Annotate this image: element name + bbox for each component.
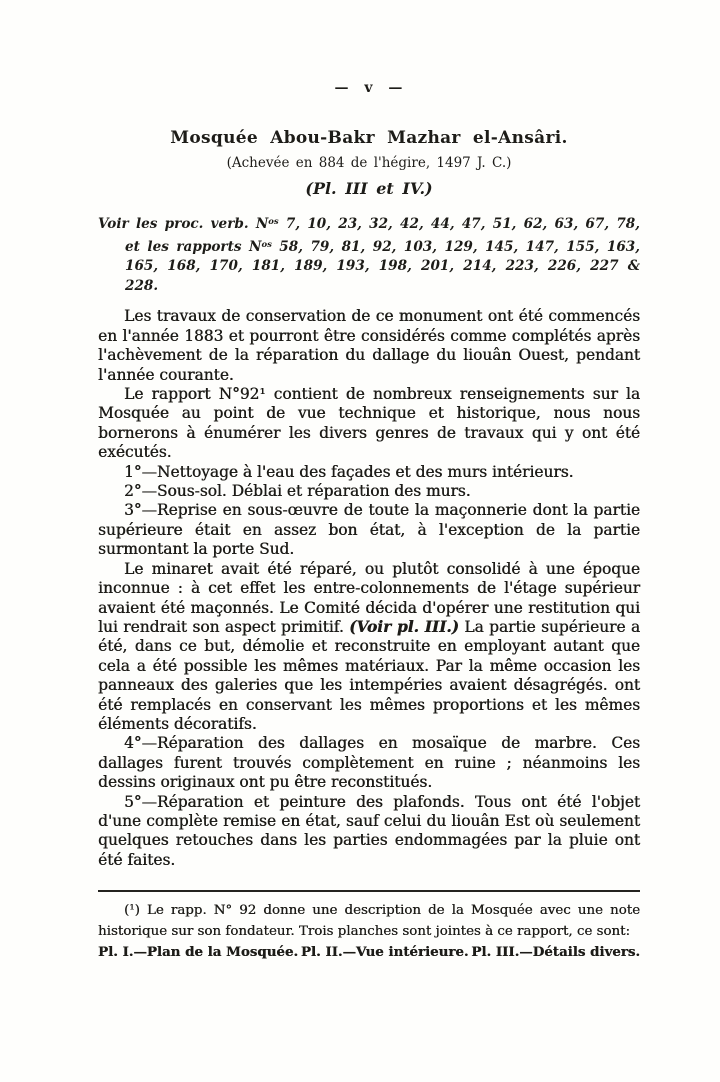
footnote-plate-item: Pl. III.—Détails divers. — [471, 942, 640, 963]
voir-pl-iii-reference: (Voir pl. III.) — [349, 618, 459, 636]
footnote: (¹) Le rapp. N° 92 donne une description… — [98, 901, 640, 963]
body-text: Les travaux de conservation de ce monume… — [98, 307, 640, 870]
footnote-plate-item: Pl. II.—Vue intérieure. — [301, 942, 469, 963]
footnote-plates: Pl. I.—Plan de la Mosquée. Pl. II.—Vue i… — [98, 942, 640, 963]
footnote-text: (¹) Le rapp. N° 92 donne une description… — [98, 901, 640, 942]
footnote-plate-item: Pl. I.—Plan de la Mosquée. — [98, 942, 298, 963]
page-number: — v — — [98, 80, 640, 96]
text-block: — v — Mosquée Abou-Bakr Mazhar el-Ansâri… — [98, 80, 640, 963]
list-item-3: 3°—Reprise en sous-œuvre de toute la maç… — [98, 501, 640, 559]
list-item-1: 1°—Nettoyage à l'eau des façades et des … — [98, 463, 640, 482]
list-item-2: 2°—Sous-sol. Déblai et réparation des mu… — [98, 482, 640, 501]
paragraph-rapport: Le rapport N°92¹ contient de nombreux re… — [98, 385, 640, 463]
document-title: Mosquée Abou-Bakr Mazhar el-Ansâri. — [98, 128, 640, 148]
footnote-separator — [98, 890, 640, 892]
list-item-5: 5°—Réparation et peinture des plafonds. … — [98, 793, 640, 871]
references-note: Voir les proc. verb. Nos 7, 10, 23, 32, … — [98, 212, 640, 296]
completion-date: (Achevée en 884 de l'hégire, 1497 J. C.) — [98, 155, 640, 171]
paragraph-conservation: Les travaux de conservation de ce monume… — [98, 307, 640, 385]
scanned-page: — v — Mosquée Abou-Bakr Mazhar el-Ansâri… — [0, 0, 720, 1082]
superscript-os: os — [261, 239, 271, 249]
paragraph-minaret: Le minaret avait été réparé, ou plutôt c… — [98, 560, 640, 735]
references-note-segment: Voir les proc. verb. N — [98, 216, 268, 232]
superscript-os: os — [268, 216, 278, 226]
plates-reference: (Pl. III et IV.) — [98, 179, 640, 198]
list-item-4: 4°—Réparation des dallages en mosaïque d… — [98, 734, 640, 792]
